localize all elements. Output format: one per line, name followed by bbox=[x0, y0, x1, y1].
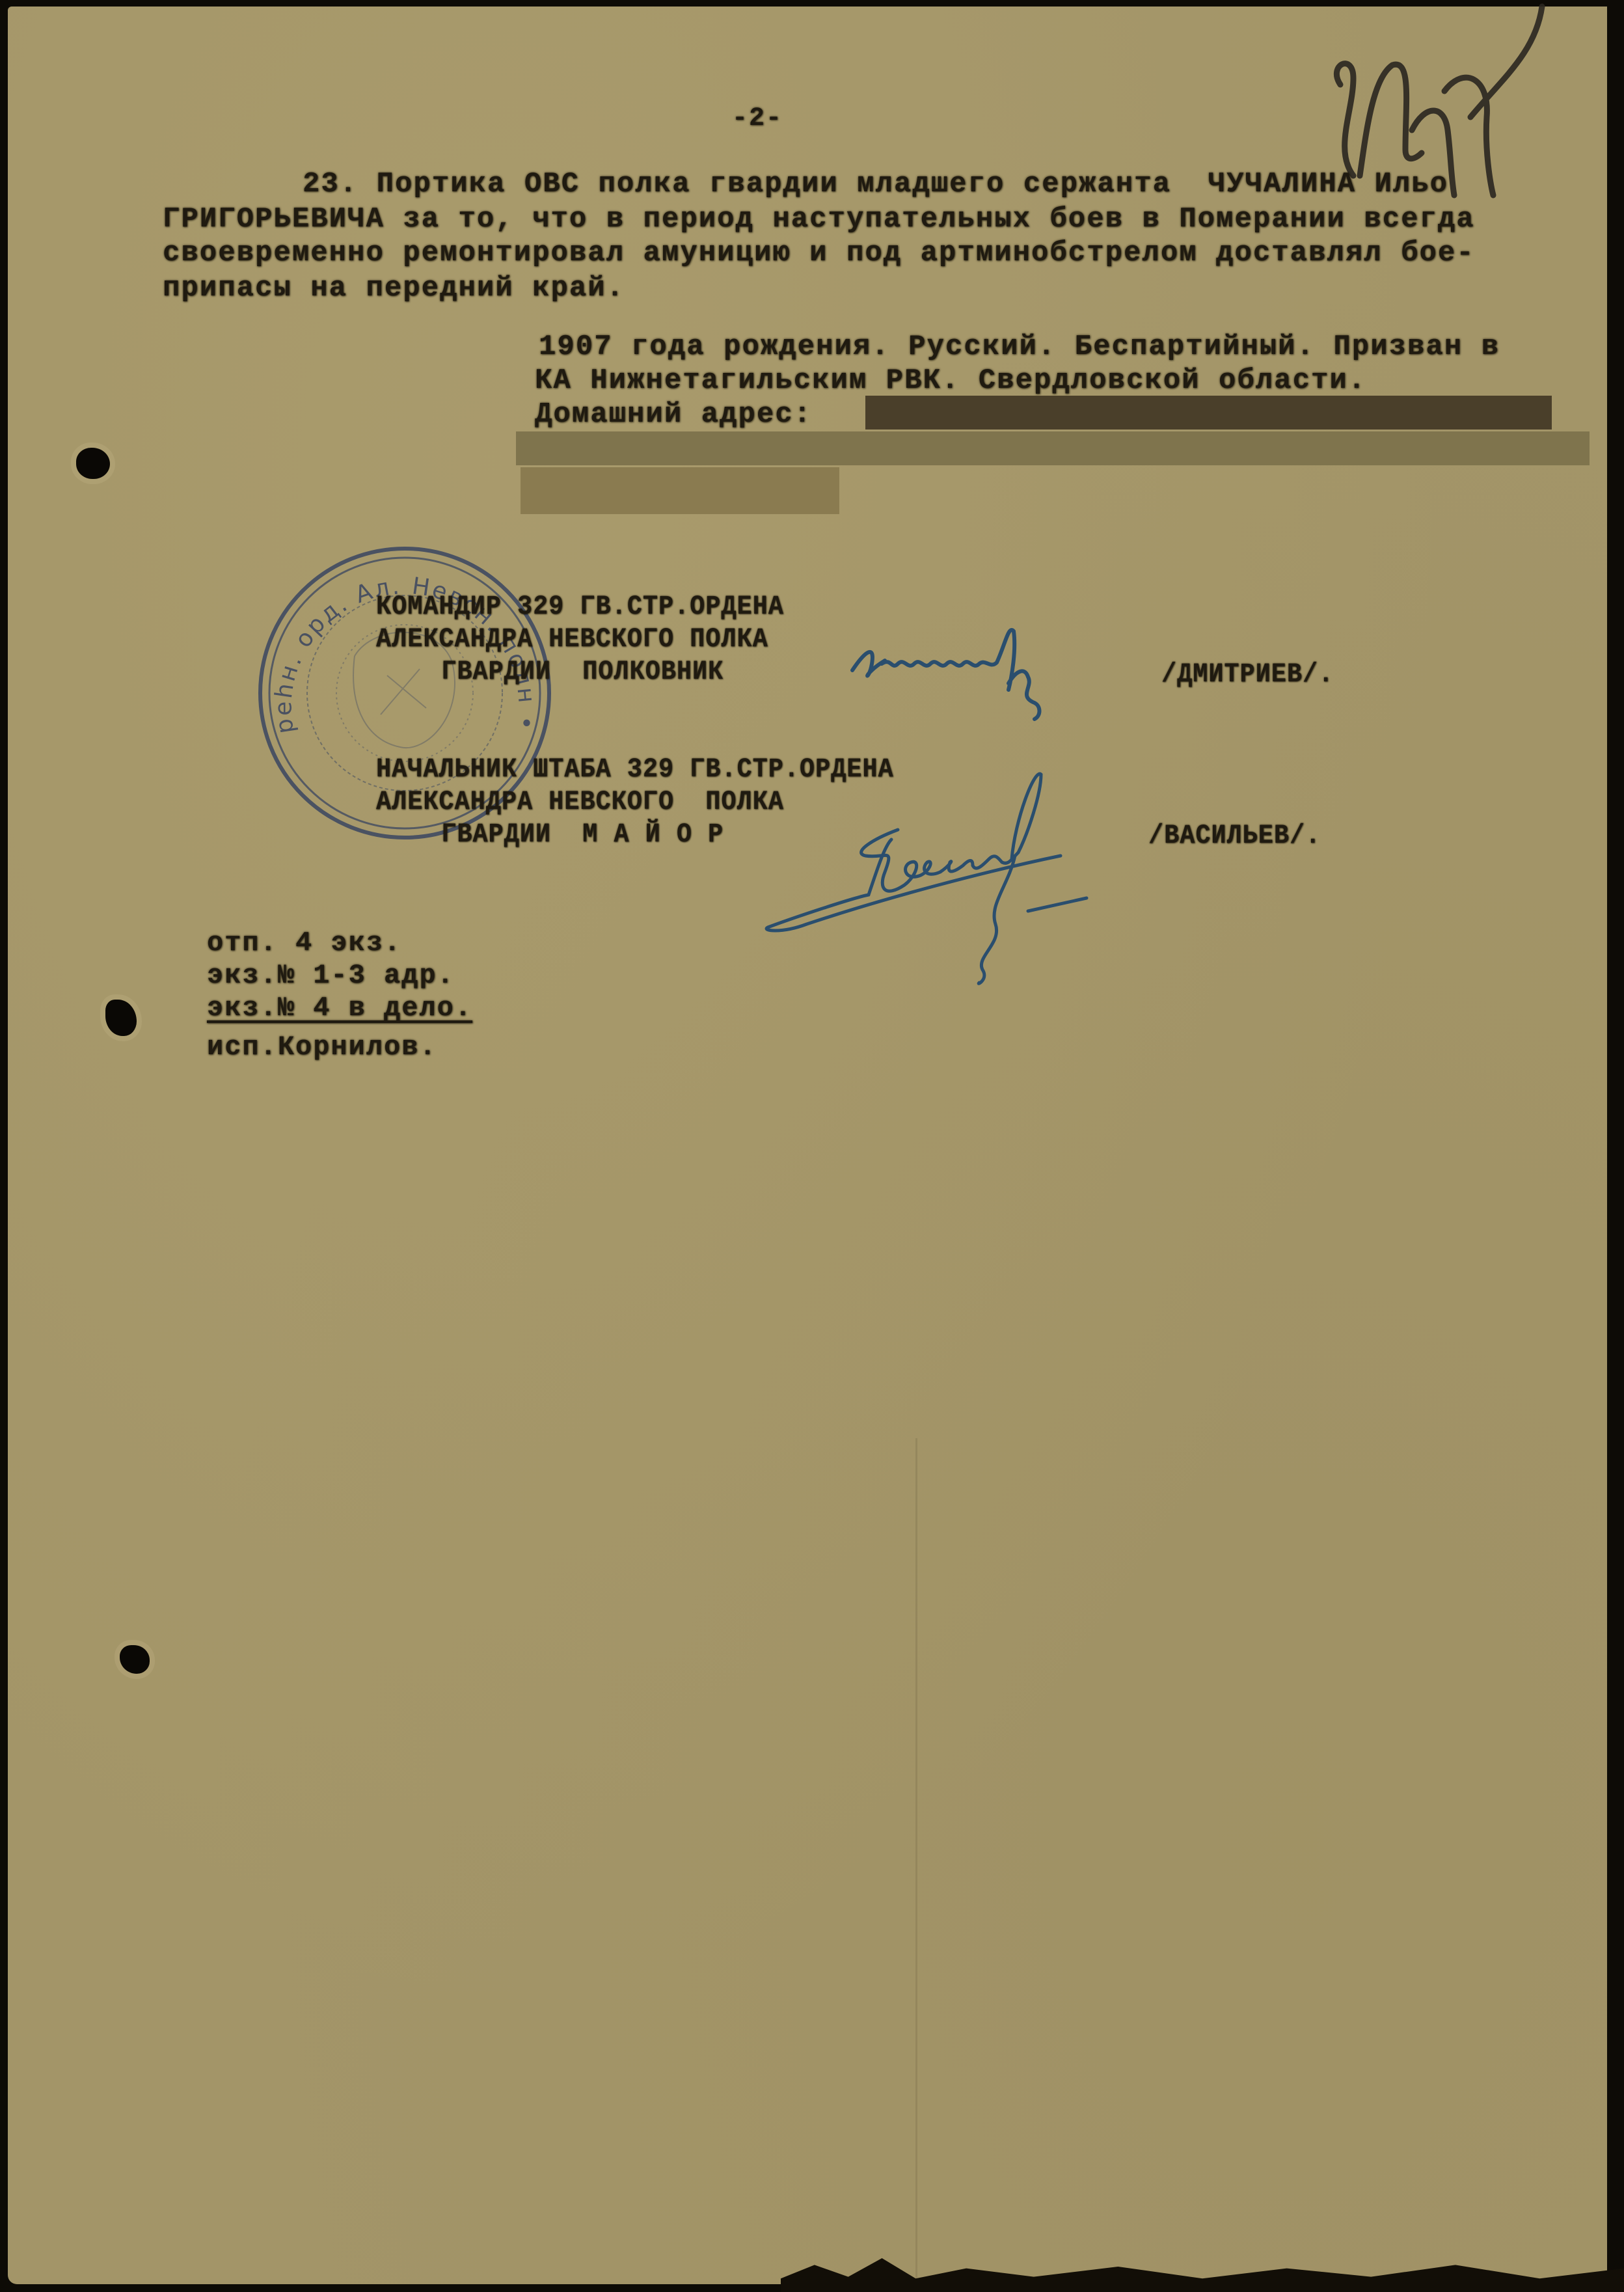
footer-line: исп.Корнилов. bbox=[207, 1031, 437, 1063]
chief-name: /ВАСИЛЬЕВ/. bbox=[1148, 820, 1321, 851]
commander-title-line: КОМАНДИР 329 ГВ.СТР.ОРДЕНА bbox=[376, 591, 784, 622]
entry-line: припасы на передний край. bbox=[163, 272, 625, 305]
commander-title-line: ГВАРДИИ ПОЛКОВНИК bbox=[410, 656, 724, 687]
commander-handwritten-signature-icon bbox=[846, 625, 1158, 722]
redaction-box bbox=[865, 396, 1552, 430]
chief-title-line: АЛЕКСАНДРА НЕВСКОГО ПОЛКА bbox=[376, 786, 784, 817]
commander-name: /ДМИТРИЕВ/. bbox=[1161, 659, 1334, 690]
redaction-box bbox=[516, 431, 1590, 465]
chief-handwritten-signature-icon bbox=[755, 768, 1223, 989]
page-number: -2- bbox=[732, 104, 783, 133]
scan-border-right bbox=[1607, 0, 1624, 2292]
bio-line: 1907 года рождения. Русский. Беспартийны… bbox=[539, 331, 1500, 363]
redaction-box bbox=[521, 467, 839, 514]
entry-line: ГРИГОРЬЕВИЧА за то, что в период наступа… bbox=[163, 203, 1475, 236]
commander-title-line: АЛЕКСАНДРА НЕВСКОГО ПОЛКА bbox=[376, 623, 768, 655]
footer-line: экз.№ 1-3 адр. bbox=[207, 960, 455, 991]
footer-line: отп. 4 экз. bbox=[207, 927, 401, 959]
paper-fold bbox=[915, 1438, 917, 2292]
bio-line: Домашний адрес: bbox=[535, 398, 812, 431]
footer-line: экз.№ 4 в дело. bbox=[207, 992, 472, 1024]
bio-line: КА Нижнетагильским РВК. Свердловской обл… bbox=[535, 364, 1366, 397]
punch-hole-icon bbox=[76, 448, 110, 479]
chief-title-line: ГВАРДИИ М А Й О Р bbox=[410, 819, 724, 850]
entry-line: 23. Портика ОВС полка гвардии младшего с… bbox=[303, 168, 1448, 200]
entry-line: своевременно ремонтировал амуницию и под… bbox=[163, 237, 1475, 269]
